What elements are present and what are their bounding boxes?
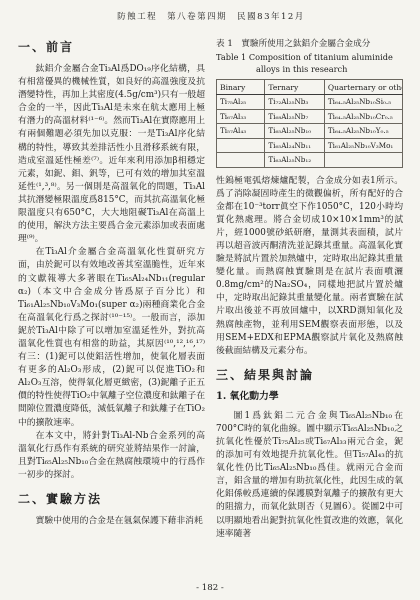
paper-page: 防蝕工程 第八卷第四期 民國83年12月 一、前言 鈦鋁介金屬合金Ti₃Al爲D…	[0, 0, 420, 600]
section-heading-results-discussion: 三、結果與討論	[216, 368, 403, 382]
alloy-composition-table: BinaryTernaryQuarternary or others Ti₇₅A…	[216, 79, 403, 168]
table-cell: Ti₆₄.₅Al₂₅Nb₁₀Cr₀.₅	[324, 109, 402, 124]
table-row: Ti₇₅Al₂₅Ti₇₂Al₂₅Nb₃Ti₆₄.₅Al₂₅Nb₁₀Si₀.₅	[217, 95, 403, 110]
section-heading-introduction: 一、前言	[18, 40, 205, 54]
table-row: Ti₅₇Al₄₃Ti₆₅Al₂₅Nb₁₀Ti₆₄.₅Al₂₅Nb₁₀Y₀.₅	[217, 124, 403, 139]
table-cell	[217, 153, 265, 168]
table-cell: Ti₆₅Al₂₅Nb₁₀	[265, 124, 325, 139]
table-cell: Ti₆₃Al₂₅Nb₁₂	[265, 153, 325, 168]
table-row: Ti₆₇Al₃₃Ti₆₈Al₂₅Nb₇Ti₆₄.₅Al₂₅Nb₁₀Cr₀.₅	[217, 109, 403, 124]
table-cell	[324, 153, 402, 168]
intro-paragraph-2: 在Ti₃Al介金屬合金高溫氧化性質研究方面，由於鈮可以有效地改善其室溫脆性，近年…	[18, 246, 205, 429]
table-row: Ti₆₅Al₂₄Nb₁₁Ti₆₁Al₂₅Nb₁₀V₃Mo₁	[217, 138, 403, 153]
table-header-row: BinaryTernaryQuarternary or others	[217, 80, 403, 95]
results-paragraph-1: 圖1爲鈦鋁二元合金與Ti₆₅Al₂₅Nb₁₀在700°C時的氧化曲線。圖中顯示T…	[216, 410, 403, 541]
right-column: 表 1 實驗所使用之鈦鋁介金屬合金成分 Table 1 Composition …	[216, 38, 403, 541]
table-caption-english: Table 1 Composition of titanium aluminid…	[216, 52, 403, 75]
table-cell: Ti₆₅Al₂₄Nb₁₁	[265, 138, 325, 153]
two-column-layout: 一、前言 鈦鋁介金屬合金Ti₃Al爲DO₁₉序化結構，具有相當優異的機械性質，如…	[18, 38, 404, 541]
table-cell	[217, 138, 265, 153]
journal-header: 防蝕工程 第八卷第四期 民國83年12月	[18, 10, 404, 22]
table-column-header: Binary	[217, 80, 265, 95]
methods-paragraph-continued: 性鎢極電弧熔煉爐配製，合金成分如表1所示。爲了消除凝固時產生的微觀偏析，所有配好…	[216, 175, 403, 358]
intro-paragraph-3: 在本文中，將針對Ti₃Al-Nb合金系列的高溫氧化行爲作有系統的研究並將結果作一…	[18, 430, 205, 482]
table-cell: Ti₆₁Al₂₅Nb₁₀V₃Mo₁	[324, 138, 402, 153]
table-column-header: Quarternary or others	[324, 80, 402, 95]
table-row: Ti₆₃Al₂₅Nb₁₂	[217, 153, 403, 168]
subsection-heading-oxidation-kinetics: 1. 氧化動力學	[216, 391, 403, 403]
table-cell: Ti₆₄.₅Al₂₅Nb₁₀Si₀.₅	[324, 95, 402, 110]
table-cell: Ti₆₈Al₂₅Nb₇	[265, 109, 325, 124]
table-caption-chinese: 表 1 實驗所使用之鈦鋁介金屬合金成分	[216, 38, 403, 50]
table-column-header: Ternary	[265, 80, 325, 95]
left-column: 一、前言 鈦鋁介金屬合金Ti₃Al爲DO₁₉序化結構，具有相當優異的機械性質，如…	[18, 38, 205, 541]
page-number: - 182 -	[0, 583, 420, 593]
table-cell: Ti₇₅Al₂₅	[217, 95, 265, 110]
section-heading-experimental-method: 二、實驗方法	[18, 492, 205, 506]
table-cell: Ti₇₂Al₂₅Nb₃	[265, 95, 325, 110]
table-cell: Ti₆₄.₅Al₂₅Nb₁₀Y₀.₅	[324, 124, 402, 139]
table-cell: Ti₅₇Al₄₃	[217, 124, 265, 139]
methods-paragraph-start: 實驗中使用的合金是在氬氣保護下藉非消耗	[18, 515, 205, 528]
table-cell: Ti₆₇Al₃₃	[217, 109, 265, 124]
intro-paragraph-1: 鈦鋁介金屬合金Ti₃Al爲DO₁₉序化結構，具有相當優異的機械性質，如良好的高溫…	[18, 63, 205, 246]
